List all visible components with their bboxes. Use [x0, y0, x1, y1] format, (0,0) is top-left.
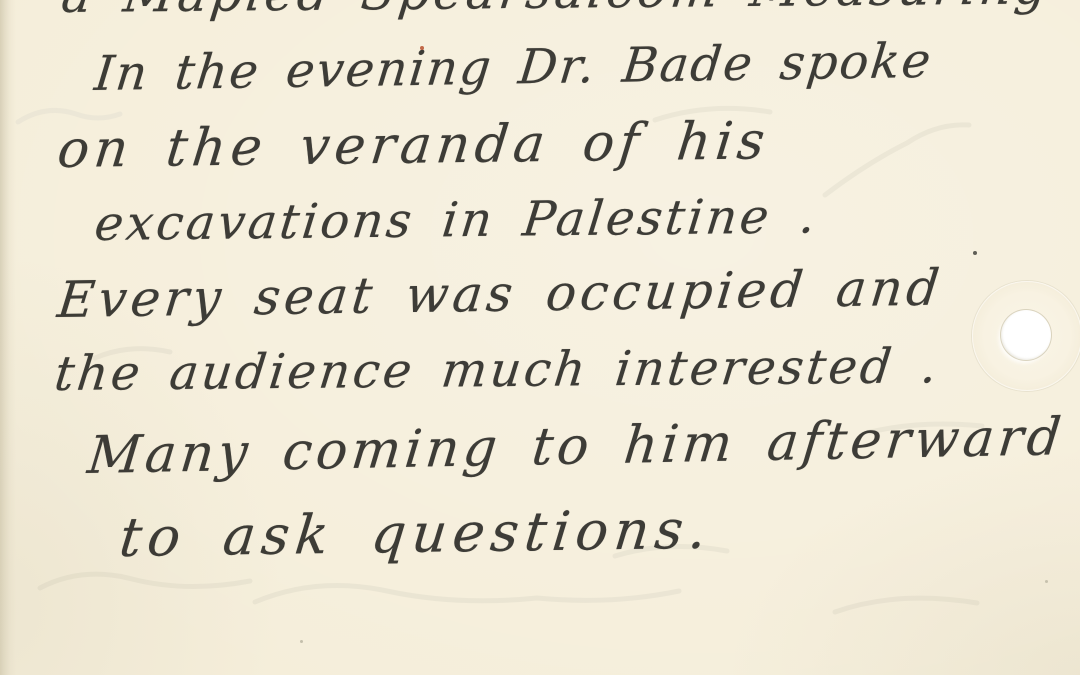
dust-speck [300, 640, 303, 643]
dust-speck [1045, 580, 1048, 583]
dust-speck [566, 306, 569, 309]
ink-dot [973, 251, 977, 255]
bleedthrough-mark [40, 574, 250, 588]
bleedthrough-mark [255, 586, 679, 602]
bleedthrough-mark [835, 598, 977, 612]
hole-punch-reinforcement-ring [972, 281, 1080, 391]
handwriting-line: Many coming to him afterward [85, 407, 1068, 486]
bleedthrough-mark [825, 125, 969, 195]
handwriting-line: Every seat was occupied and [55, 259, 946, 329]
handwriting-line: to ask questions. [117, 498, 716, 569]
red-ink-speck [420, 46, 424, 50]
handwriting-line: In the evening Dr. Bade spoke [92, 33, 935, 102]
handwriting-line-top-clipped: a Mapied Spearsalcom Measuring [59, 0, 1054, 24]
handwriting-line: the audience much interested . [52, 338, 943, 402]
handwriting-line: on the veranda of his [55, 111, 773, 180]
hole-punch [1001, 310, 1051, 360]
handwriting-line: excavations in Palestine . [92, 188, 821, 252]
scanned-document-page: a Mapied Spearsalcom Measuring In the ev… [0, 0, 1080, 675]
